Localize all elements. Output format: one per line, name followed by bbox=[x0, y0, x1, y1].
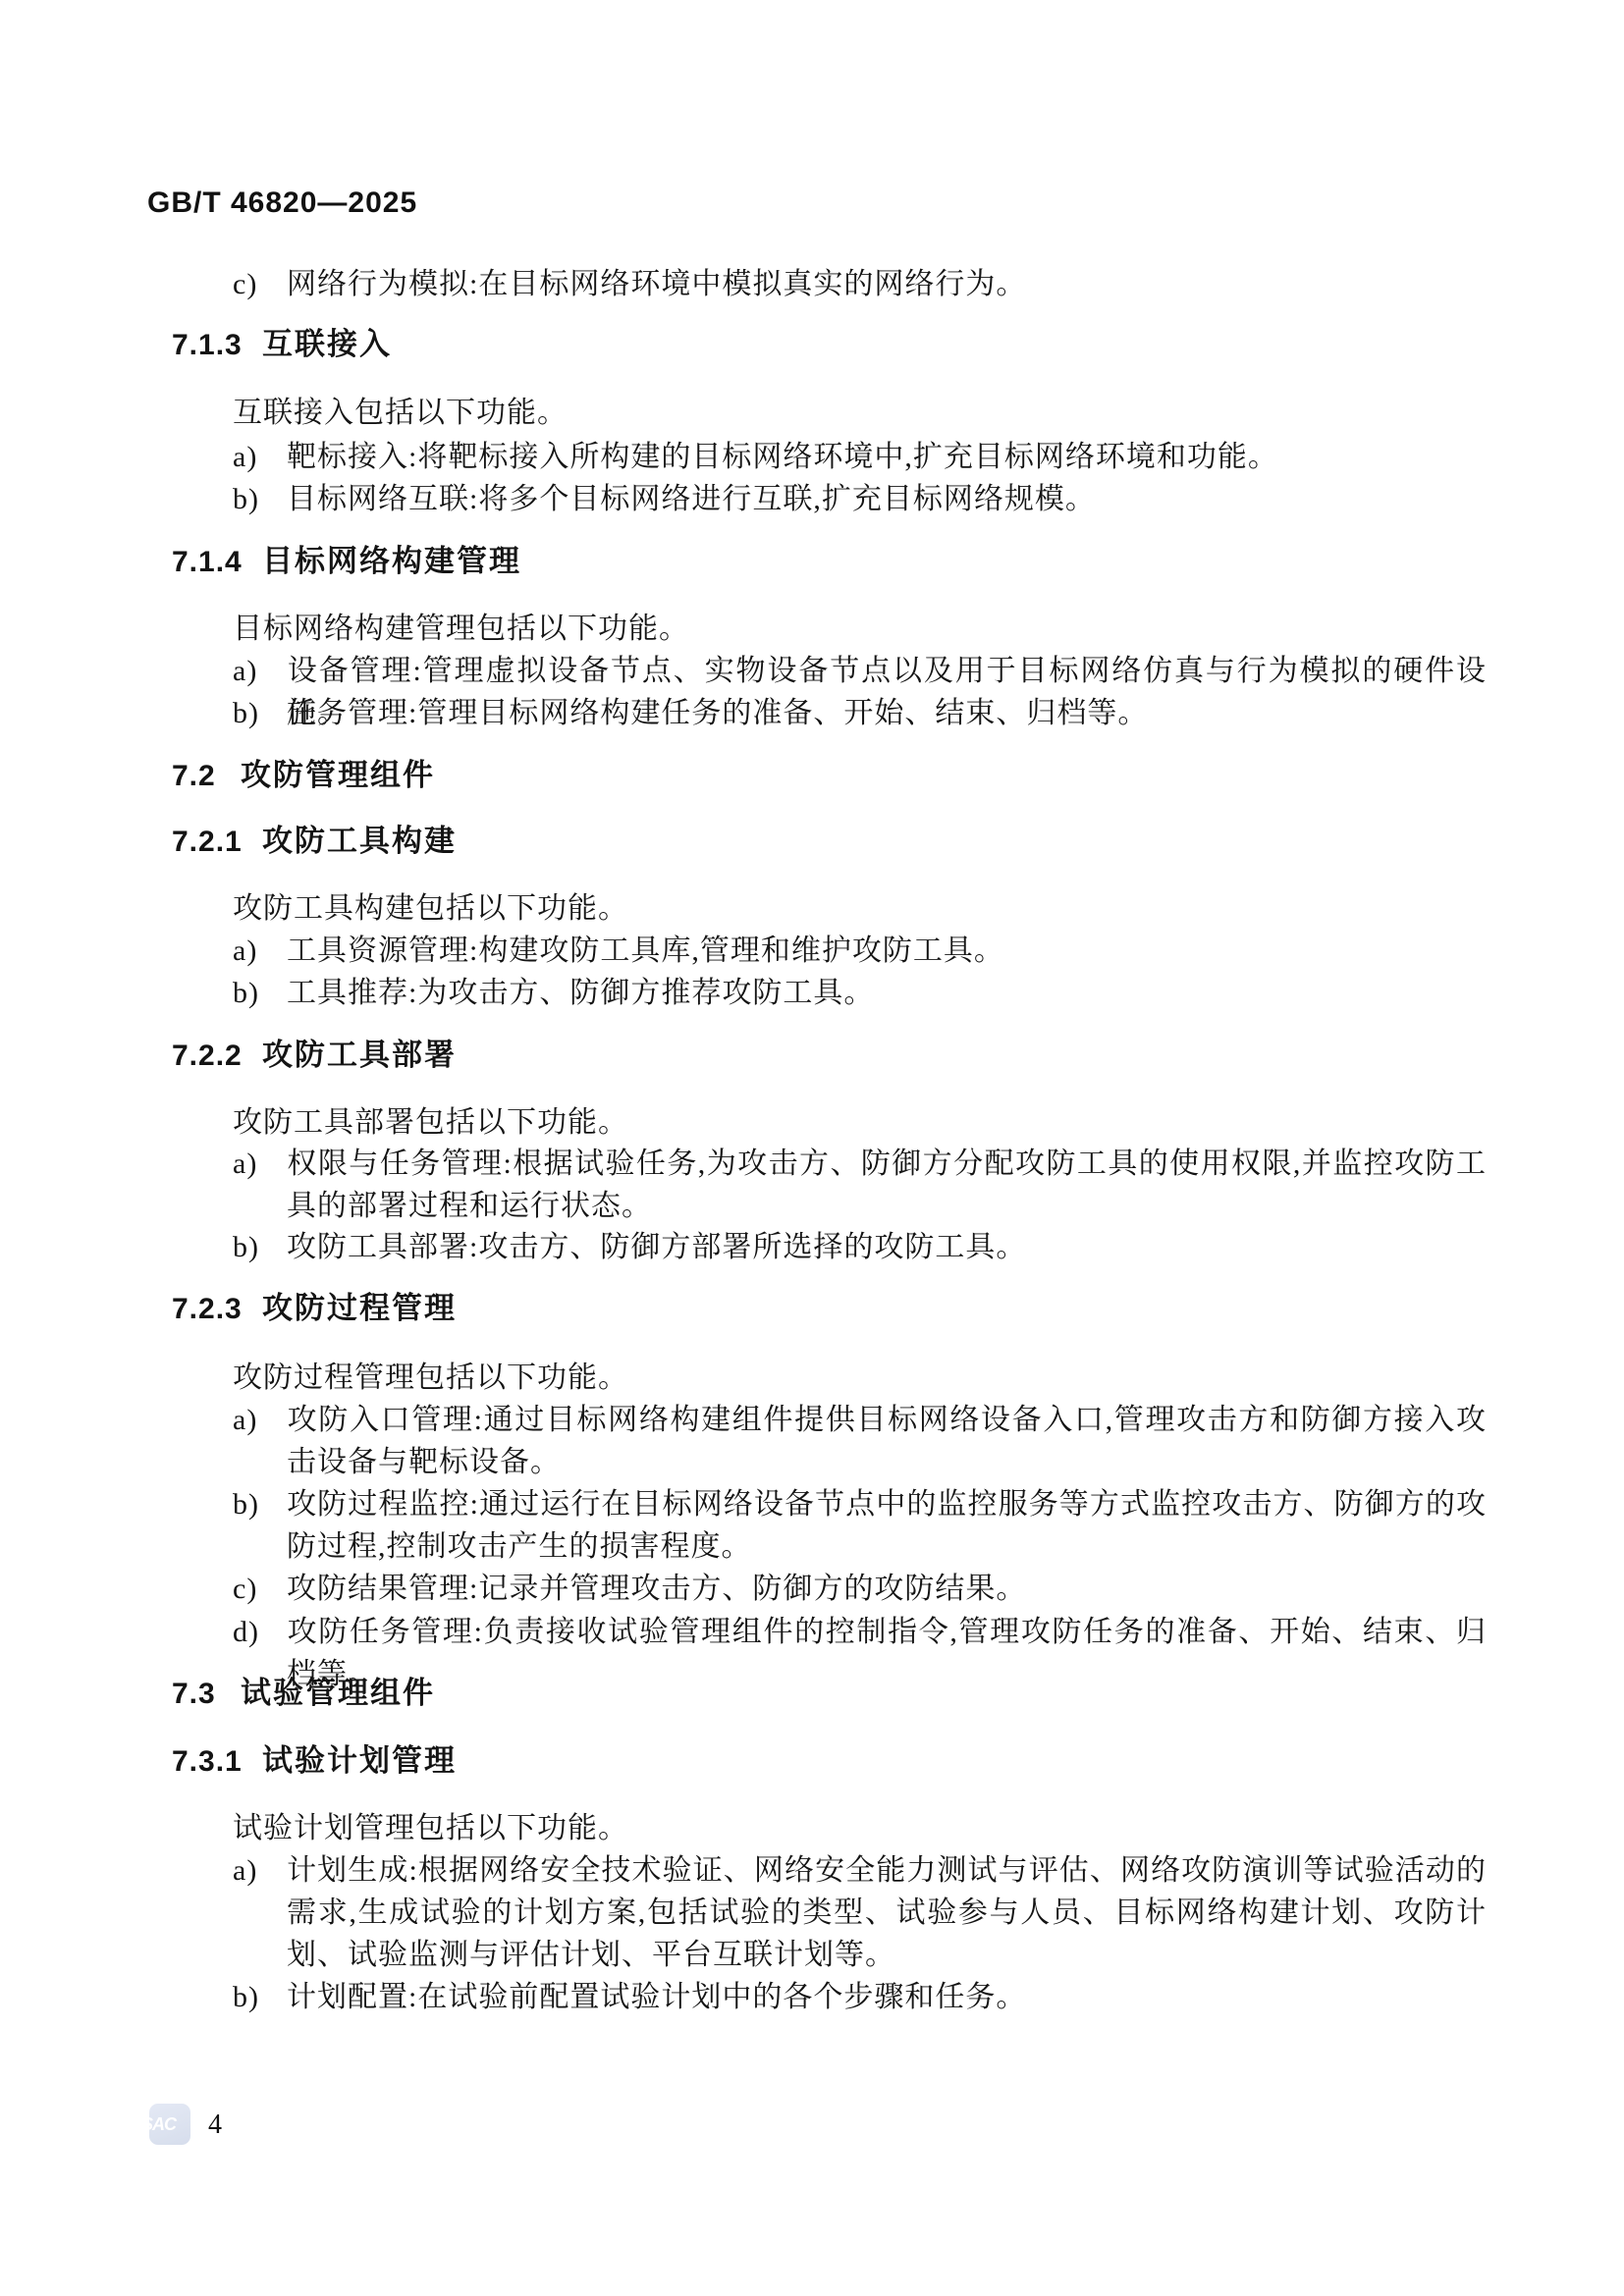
list-item: a)靶标接入:将靶标接入所构建的目标网络环境中,扩充目标网络环境和功能。 bbox=[233, 436, 1487, 478]
section-intro: 互联接入包括以下功能。 bbox=[233, 392, 1433, 434]
sac-logo-text: SAC bbox=[141, 2104, 190, 2145]
sac-logo: SAC bbox=[149, 2104, 190, 2145]
list-item-label: b) bbox=[233, 972, 287, 1014]
list-item-label: a) bbox=[233, 436, 287, 478]
list-item: b)计划配置:在试验前配置试验计划中的各个步骤和任务。 bbox=[233, 1976, 1487, 2018]
list-item-text: 权限与任务管理:根据试验任务,为攻击方、防御方分配攻防工具的使用权限,并监控攻防… bbox=[287, 1148, 1487, 1222]
list-item-label: c) bbox=[233, 1568, 287, 1610]
section-title: 目标网络构建管理 bbox=[262, 544, 521, 579]
section-number: 7.3 bbox=[172, 1677, 241, 1712]
list-item-text: 攻防入口管理:通过目标网络构建组件提供目标网络设备入口,管理攻击方和防御方接入攻… bbox=[287, 1404, 1487, 1478]
section-intro: 试验计划管理包括以下功能。 bbox=[233, 1807, 1433, 1849]
document-page: GB/T 46820—2025 c)网络行为模拟:在目标网络环境中模拟真实的网络… bbox=[0, 0, 1624, 2296]
section-title: 攻防工具构建 bbox=[262, 824, 457, 859]
section-number: 7.2 bbox=[172, 759, 241, 794]
standard-code-header: GB/T 46820—2025 bbox=[147, 187, 417, 220]
list-item: a)权限与任务管理:根据试验任务,为攻击方、防御方分配攻防工具的使用权限,并监控… bbox=[233, 1143, 1487, 1227]
list-item-label: b) bbox=[233, 1483, 287, 1525]
section-title: 攻防工具部署 bbox=[262, 1038, 457, 1073]
section-heading-7-1-4: 7.1.4 目标网络构建管理 bbox=[172, 544, 521, 580]
section-heading-7-2-3: 7.2.3 攻防过程管理 bbox=[172, 1291, 457, 1327]
section-title: 攻防管理组件 bbox=[241, 758, 435, 793]
list-item-label: a) bbox=[233, 1849, 287, 1892]
section-heading-7-3: 7.3 试验管理组件 bbox=[172, 1676, 435, 1712]
section-heading-7-1-3: 7.1.3 互联接入 bbox=[172, 327, 392, 363]
list-item-label: a) bbox=[233, 1143, 287, 1185]
list-item-text: 工具推荐:为攻击方、防御方推荐攻防工具。 bbox=[287, 977, 874, 1009]
list-item-text: 目标网络互联:将多个目标网络进行互联,扩充目标网络规模。 bbox=[287, 483, 1096, 515]
list-item-label: b) bbox=[233, 1976, 287, 2018]
section-heading-7-3-1: 7.3.1 试验计划管理 bbox=[172, 1743, 457, 1780]
list-item: b)攻防工具部署:攻击方、防御方部署所选择的攻防工具。 bbox=[233, 1226, 1487, 1268]
list-item-label: b) bbox=[233, 1226, 287, 1268]
section-title: 试验管理组件 bbox=[241, 1676, 435, 1711]
list-item-text: 任务管理:管理目标网络构建任务的准备、开始、结束、归档等。 bbox=[287, 697, 1148, 729]
list-item-text: 网络行为模拟:在目标网络环境中模拟真实的网络行为。 bbox=[287, 268, 1026, 300]
section-number: 7.2.1 bbox=[172, 825, 262, 860]
section-title: 互联接入 bbox=[262, 327, 392, 362]
list-item-text: 攻防结果管理:记录并管理攻击方、防御方的攻防结果。 bbox=[287, 1573, 1026, 1605]
section-heading-7-2-1: 7.2.1 攻防工具构建 bbox=[172, 824, 457, 860]
section-title: 试验计划管理 bbox=[262, 1743, 457, 1779]
list-item: b)目标网络互联:将多个目标网络进行互联,扩充目标网络规模。 bbox=[233, 478, 1487, 520]
list-item: c)网络行为模拟:在目标网络环境中模拟真实的网络行为。 bbox=[233, 263, 1487, 305]
section-number: 7.3.1 bbox=[172, 1744, 262, 1780]
list-item-label: a) bbox=[233, 1399, 287, 1441]
list-item-label: b) bbox=[233, 478, 287, 520]
list-item-text: 计划配置:在试验前配置试验计划中的各个步骤和任务。 bbox=[287, 1981, 1026, 2013]
list-item-text: 攻防过程监控:通过运行在目标网络设备节点中的监控服务等方式监控攻击方、防御方的攻… bbox=[287, 1488, 1487, 1563]
list-item: b)工具推荐:为攻击方、防御方推荐攻防工具。 bbox=[233, 972, 1487, 1014]
list-item-label: d) bbox=[233, 1611, 287, 1653]
page-number: 4 bbox=[208, 2110, 222, 2140]
section-number: 7.1.4 bbox=[172, 545, 262, 580]
section-number: 7.1.3 bbox=[172, 328, 262, 363]
section-intro: 攻防工具构建包括以下功能。 bbox=[233, 887, 1433, 930]
section-heading-7-2-2: 7.2.2 攻防工具部署 bbox=[172, 1038, 457, 1074]
list-item: b)任务管理:管理目标网络构建任务的准备、开始、结束、归档等。 bbox=[233, 692, 1487, 734]
list-item-label: c) bbox=[233, 263, 287, 305]
list-item-text: 靶标接入:将靶标接入所构建的目标网络环境中,扩充目标网络环境和功能。 bbox=[287, 441, 1278, 473]
list-item-text: 攻防工具部署:攻击方、防御方部署所选择的攻防工具。 bbox=[287, 1231, 1026, 1263]
list-item-label: a) bbox=[233, 930, 287, 972]
list-item-label: a) bbox=[233, 650, 287, 692]
list-item-label: b) bbox=[233, 692, 287, 734]
list-item: a)计划生成:根据网络安全技术验证、网络安全能力测试与评估、网络攻防演训等试验活… bbox=[233, 1849, 1487, 1976]
section-title: 攻防过程管理 bbox=[262, 1291, 457, 1326]
list-item: b)攻防过程监控:通过运行在目标网络设备节点中的监控服务等方式监控攻击方、防御方… bbox=[233, 1483, 1487, 1568]
list-item: c)攻防结果管理:记录并管理攻击方、防御方的攻防结果。 bbox=[233, 1568, 1487, 1610]
list-item: a)攻防入口管理:通过目标网络构建组件提供目标网络设备入口,管理攻击方和防御方接… bbox=[233, 1399, 1487, 1483]
list-item: a)工具资源管理:构建攻防工具库,管理和维护攻防工具。 bbox=[233, 930, 1487, 972]
section-number: 7.2.2 bbox=[172, 1039, 262, 1074]
section-intro: 攻防过程管理包括以下功能。 bbox=[233, 1357, 1433, 1399]
section-intro: 目标网络构建管理包括以下功能。 bbox=[233, 608, 1433, 650]
list-item-text: 工具资源管理:构建攻防工具库,管理和维护攻防工具。 bbox=[287, 934, 1004, 967]
list-item-text: 攻防任务管理:负责接收试验管理组件的控制指令,管理攻防任务的准备、开始、结束、归… bbox=[287, 1616, 1487, 1690]
section-number: 7.2.3 bbox=[172, 1292, 262, 1327]
list-item-text: 计划生成:根据网络安全技术验证、网络安全能力测试与评估、网络攻防演训等试验活动的… bbox=[287, 1854, 1487, 1971]
section-intro: 攻防工具部署包括以下功能。 bbox=[233, 1101, 1433, 1144]
section-heading-7-2: 7.2 攻防管理组件 bbox=[172, 758, 435, 794]
